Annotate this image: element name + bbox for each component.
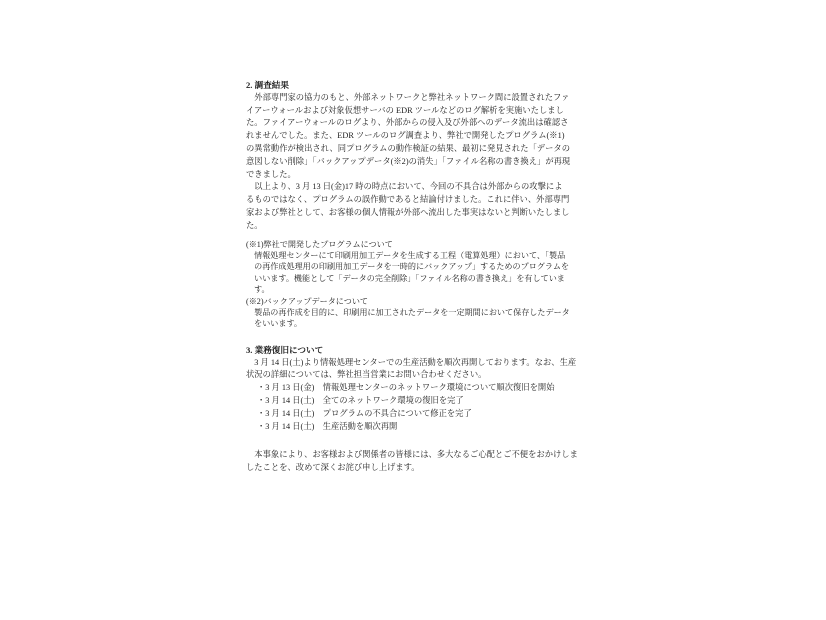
recovery-timeline-item: ・3 月 14 日(土) 全てのネットワーク環境の復旧を完了 (257, 395, 586, 408)
recovery-timeline-item: ・3 月 14 日(土) プログラムの不具合について修正を完了 (257, 408, 586, 421)
section2-paragraph-investigation: 外部専門家の協力のもと、外部ネットワークと弊社ネットワーク間に設置されたファ イ… (246, 92, 586, 182)
section2-heading: 2. 調査結果 (246, 79, 586, 92)
section3-heading: 3. 業務復旧について (246, 344, 586, 357)
recovery-timeline-item: ・3 月 13 日(金) 情報処理センターのネットワーク環境について順次復旧を開… (257, 382, 586, 395)
footnote-item: (※1)弊社で開発したプログラムについて 情報処理センターにて印刷用加工データを… (246, 239, 586, 296)
footnotes: (※1)弊社で開発したプログラムについて 情報処理センターにて印刷用加工データを… (246, 239, 586, 330)
section3-paragraph-recovery: 3 月 14 日(土)より情報処理センターでの生産活動を順次再開しております。な… (246, 357, 586, 383)
document-page: 2. 調査結果 外部専門家の協力のもと、外部ネットワークと弊社ネットワーク間に設… (0, 0, 826, 620)
closing-apology: 本事象により、お客様および関係者の皆様には、多大なるご心配とご不便をおかけしま … (246, 449, 586, 475)
footnote-item: (※2)バックアップデータについて 製品の再作成を目的に、印刷用に加工されたデー… (246, 296, 586, 330)
recovery-timeline-list: ・3 月 13 日(金) 情報処理センターのネットワーク環境について順次復旧を開… (246, 382, 586, 433)
section2-paragraph-conclusion: 以上より、3 月 13 日(金)17 時の時点において、今回の不具合は外部からの… (246, 181, 586, 232)
incident-report-body: 2. 調査結果 外部専門家の協力のもと、外部ネットワークと弊社ネットワーク間に設… (246, 79, 586, 475)
recovery-timeline-item: ・3 月 14 日(土) 生産活動を順次再開 (257, 421, 586, 434)
